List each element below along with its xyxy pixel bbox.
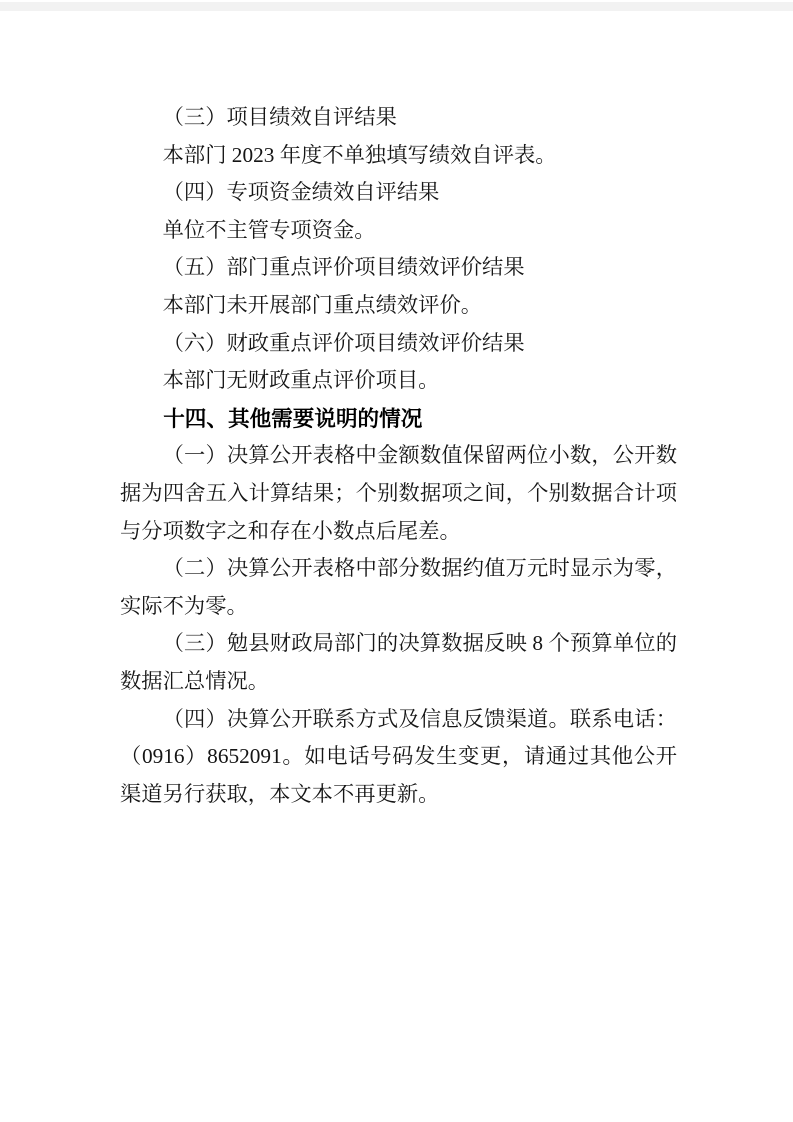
doc-paragraph: （四）决算公开联系方式及信息反馈渠道。联系电话：（0916）8652091。如电… xyxy=(120,701,677,814)
doc-paragraph: 单位不主管专项资金。 xyxy=(120,212,677,250)
doc-paragraph: （五）部门重点评价项目绩效评价结果 xyxy=(120,249,677,287)
doc-paragraph: （三）勉县财政局部门的决算数据反映 8 个预算单位的数据汇总情况。 xyxy=(120,625,677,700)
section-heading-14: 十四、其他需要说明的情况 xyxy=(120,400,677,438)
doc-paragraph: 本部门未开展部门重点绩效评价。 xyxy=(120,287,677,325)
document-body: （三）项目绩效自评结果 本部门 2023 年度不单独填写绩效自评表。 （四）专项… xyxy=(120,99,677,813)
doc-paragraph: （一）决算公开表格中金额数值保留两位小数，公开数据为四舍五入计算结果；个别数据项… xyxy=(120,437,677,550)
doc-paragraph: （二）决算公开表格中部分数据约值万元时显示为零，实际不为零。 xyxy=(120,550,677,625)
doc-paragraph: （六）财政重点评价项目绩效评价结果 xyxy=(120,325,677,363)
doc-paragraph: 本部门 2023 年度不单独填写绩效自评表。 xyxy=(120,137,677,175)
doc-paragraph: 本部门无财政重点评价项目。 xyxy=(120,362,677,400)
page-top-scan-edge xyxy=(0,2,793,11)
doc-paragraph: （三）项目绩效自评结果 xyxy=(120,99,677,137)
document-page: （三）项目绩效自评结果 本部门 2023 年度不单独填写绩效自评表。 （四）专项… xyxy=(0,0,793,1122)
doc-paragraph: （四）专项资金绩效自评结果 xyxy=(120,174,677,212)
